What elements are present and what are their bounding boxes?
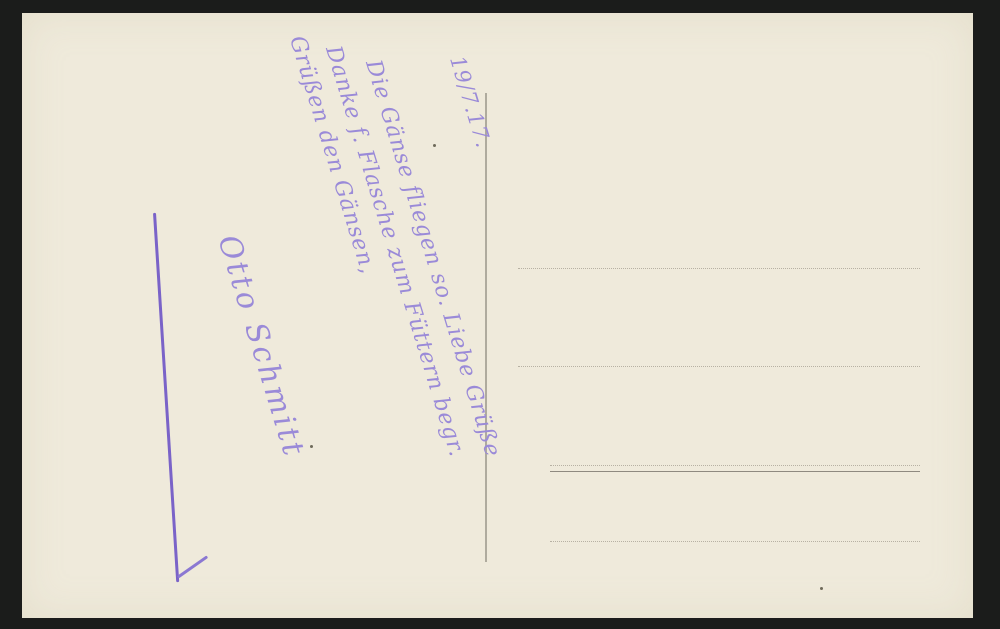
center-divider-line [485, 93, 487, 562]
signature: Otto Schmitt [211, 231, 312, 462]
signature-flourish-hook [177, 555, 208, 578]
address-underline [550, 471, 920, 472]
paper-speck [820, 587, 823, 590]
paper-speck [310, 445, 313, 448]
address-line-1 [518, 268, 920, 269]
postcard-back: 19/7.17. Die Gänse fliegen so. Liebe Grü… [22, 13, 973, 618]
address-line-4 [550, 541, 920, 542]
address-line-3 [550, 465, 920, 466]
paper-speck [433, 144, 436, 147]
message-date: 19/7.17. [445, 53, 496, 151]
address-line-2 [518, 366, 920, 367]
signature-flourish-stroke [153, 213, 179, 582]
